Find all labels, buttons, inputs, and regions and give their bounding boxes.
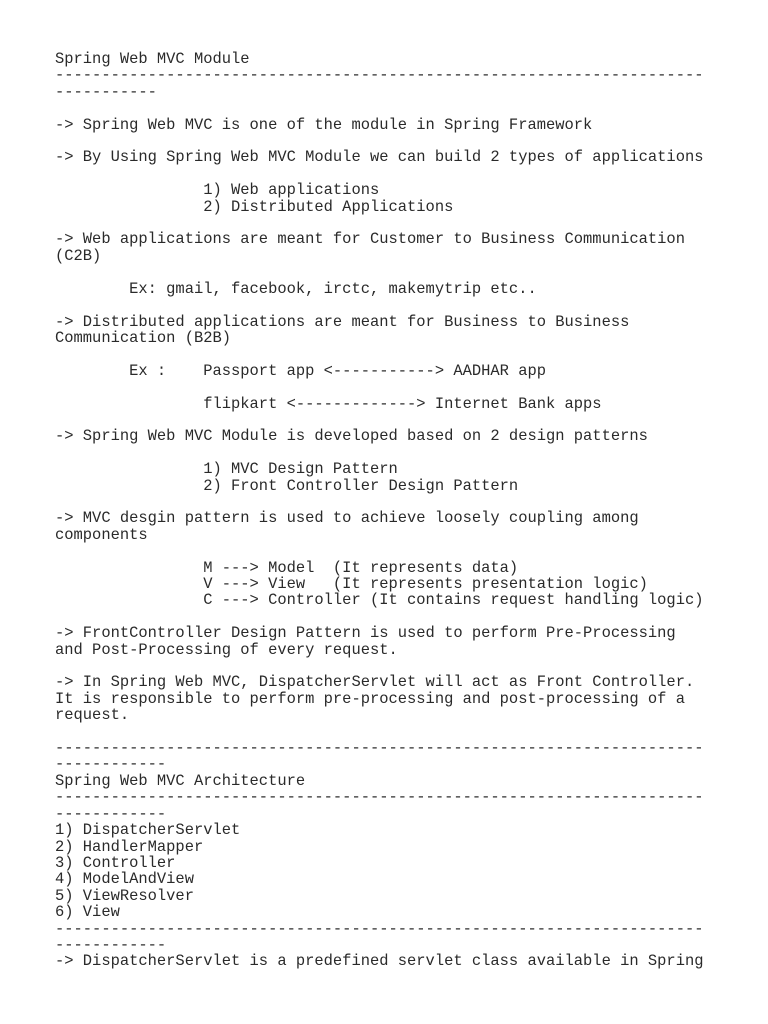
- document-page: Spring Web MVC Module ------------------…: [55, 51, 745, 970]
- text-line: (C2B): [55, 248, 745, 264]
- architecture-list-item: 2) HandlerMapper: [55, 839, 745, 855]
- blank-line: [55, 215, 745, 231]
- text-line: -> In Spring Web MVC, DispatcherServlet …: [55, 674, 745, 690]
- separator-line: ------------: [55, 937, 745, 953]
- blank-line: [55, 494, 745, 510]
- text-line: and Post-Processing of every request.: [55, 642, 745, 658]
- separator-line: ----------------------------------------…: [55, 67, 745, 83]
- mvc-definition-line: C ---> Controller (It contains request h…: [55, 592, 745, 608]
- blank-line: [55, 264, 745, 280]
- text-line: -> MVC desgin pattern is used to achieve…: [55, 510, 745, 526]
- text-line: -> By Using Spring Web MVC Module we can…: [55, 149, 745, 165]
- text-line: -> FrontController Design Pattern is use…: [55, 625, 745, 641]
- separator-line: ----------------------------------------…: [55, 789, 745, 805]
- blank-line: [55, 658, 745, 674]
- blank-line: [55, 724, 745, 740]
- separator-line: ------------: [55, 756, 745, 772]
- document-title: Spring Web MVC Module: [55, 51, 745, 67]
- architecture-list-item: 3) Controller: [55, 855, 745, 871]
- blank-line: [55, 543, 745, 559]
- text-line: -> Spring Web MVC Module is developed ba…: [55, 428, 745, 444]
- text-line: Communication (B2B): [55, 330, 745, 346]
- blank-line: [55, 100, 745, 116]
- blank-line: [55, 609, 745, 625]
- blank-line: [55, 133, 745, 149]
- separator-line: ----------------------------------------…: [55, 740, 745, 756]
- blank-line: [55, 166, 745, 182]
- list-item: 2) Front Controller Design Pattern: [55, 478, 745, 494]
- text-line: request.: [55, 707, 745, 723]
- separator-line: ------------: [55, 806, 745, 822]
- mvc-definition-line: M ---> Model (It represents data): [55, 560, 745, 576]
- text-line: -> Distributed applications are meant fo…: [55, 314, 745, 330]
- list-item: 1) Web applications: [55, 182, 745, 198]
- architecture-list-item: 6) View: [55, 904, 745, 920]
- separator-line: -----------: [55, 84, 745, 100]
- text-line: -> DispatcherServlet is a predefined ser…: [55, 953, 745, 969]
- blank-line: [55, 346, 745, 362]
- blank-line: [55, 412, 745, 428]
- architecture-list-item: 1) DispatcherServlet: [55, 822, 745, 838]
- section-heading: Spring Web MVC Architecture: [55, 773, 745, 789]
- separator-line: ----------------------------------------…: [55, 921, 745, 937]
- text-line: It is responsible to perform pre-process…: [55, 691, 745, 707]
- text-line: -> Web applications are meant for Custom…: [55, 231, 745, 247]
- mvc-definition-line: V ---> View (It represents presentation …: [55, 576, 745, 592]
- list-item: 2) Distributed Applications: [55, 199, 745, 215]
- example-line: flipkart <-------------> Internet Bank a…: [55, 396, 745, 412]
- example-line: Ex : Passport app <-----------> AADHAR a…: [55, 363, 745, 379]
- example-line: Ex: gmail, facebook, irctc, makemytrip e…: [55, 281, 745, 297]
- blank-line: [55, 297, 745, 313]
- architecture-list-item: 4) ModelAndView: [55, 871, 745, 887]
- architecture-list-item: 5) ViewResolver: [55, 888, 745, 904]
- text-line: components: [55, 527, 745, 543]
- list-item: 1) MVC Design Pattern: [55, 461, 745, 477]
- text-line: -> Spring Web MVC is one of the module i…: [55, 117, 745, 133]
- blank-line: [55, 379, 745, 395]
- blank-line: [55, 445, 745, 461]
